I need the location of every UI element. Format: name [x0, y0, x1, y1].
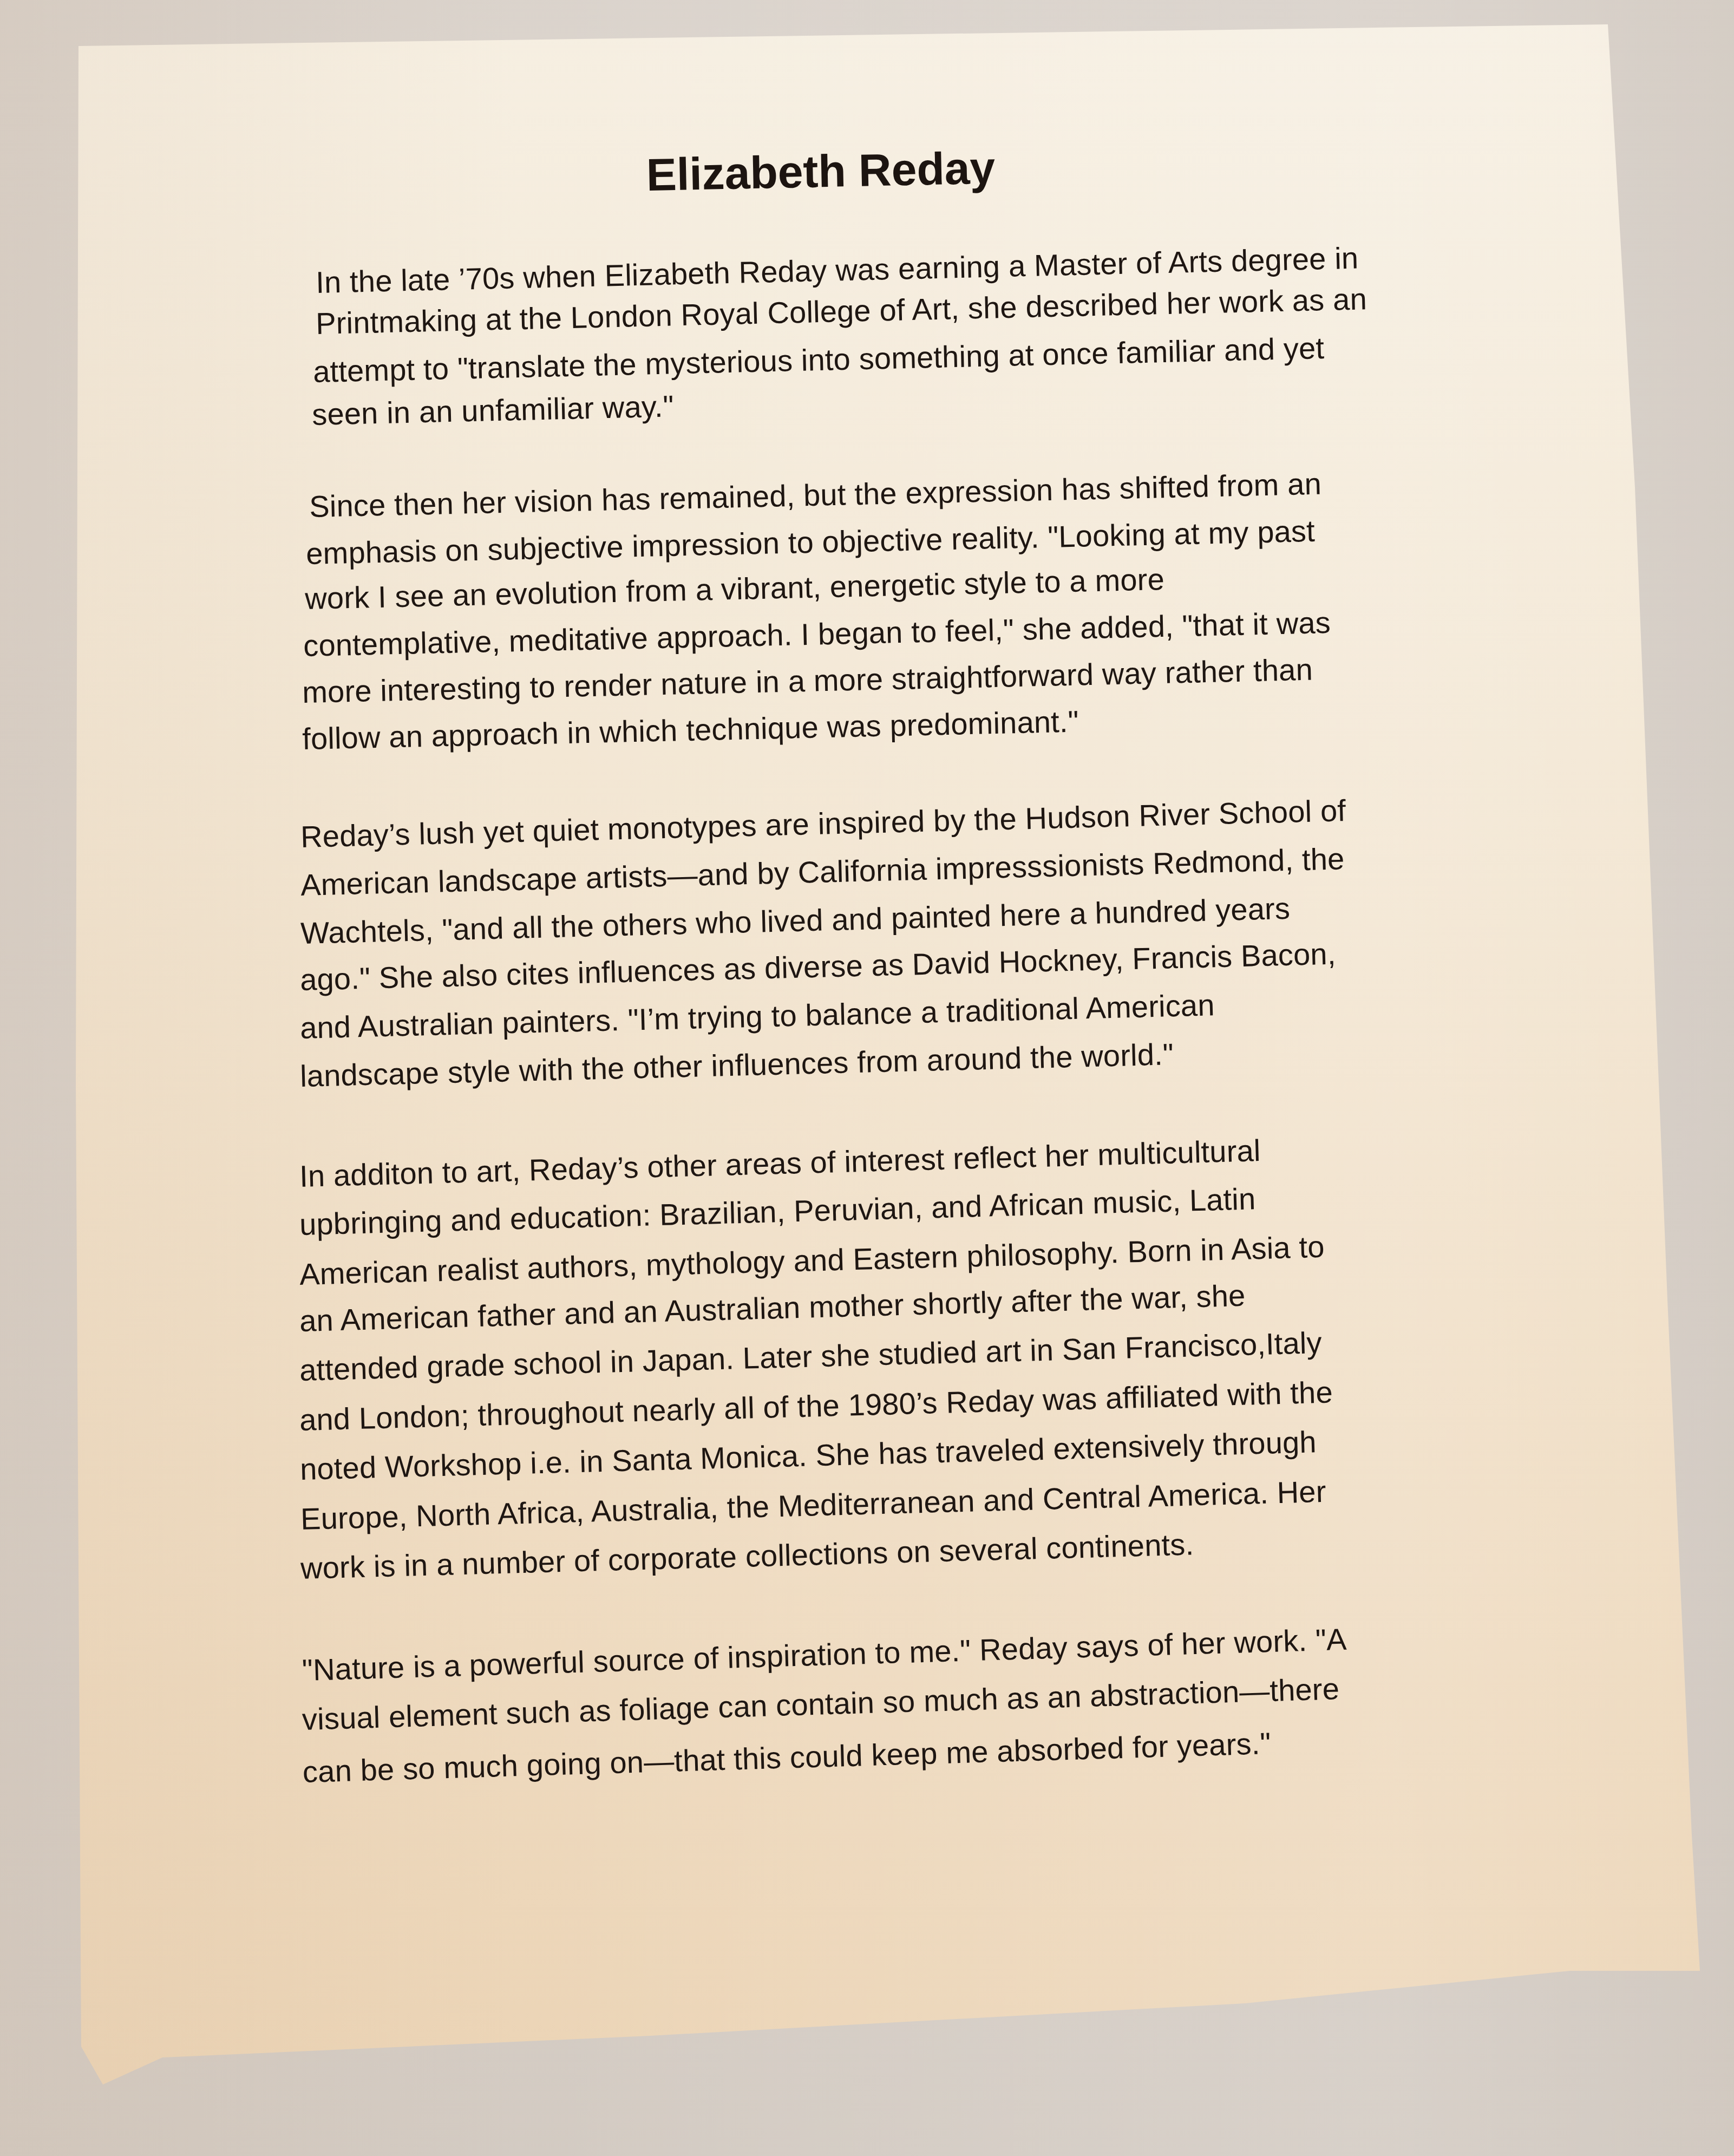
document-title: Elizabeth Reday [646, 142, 996, 201]
